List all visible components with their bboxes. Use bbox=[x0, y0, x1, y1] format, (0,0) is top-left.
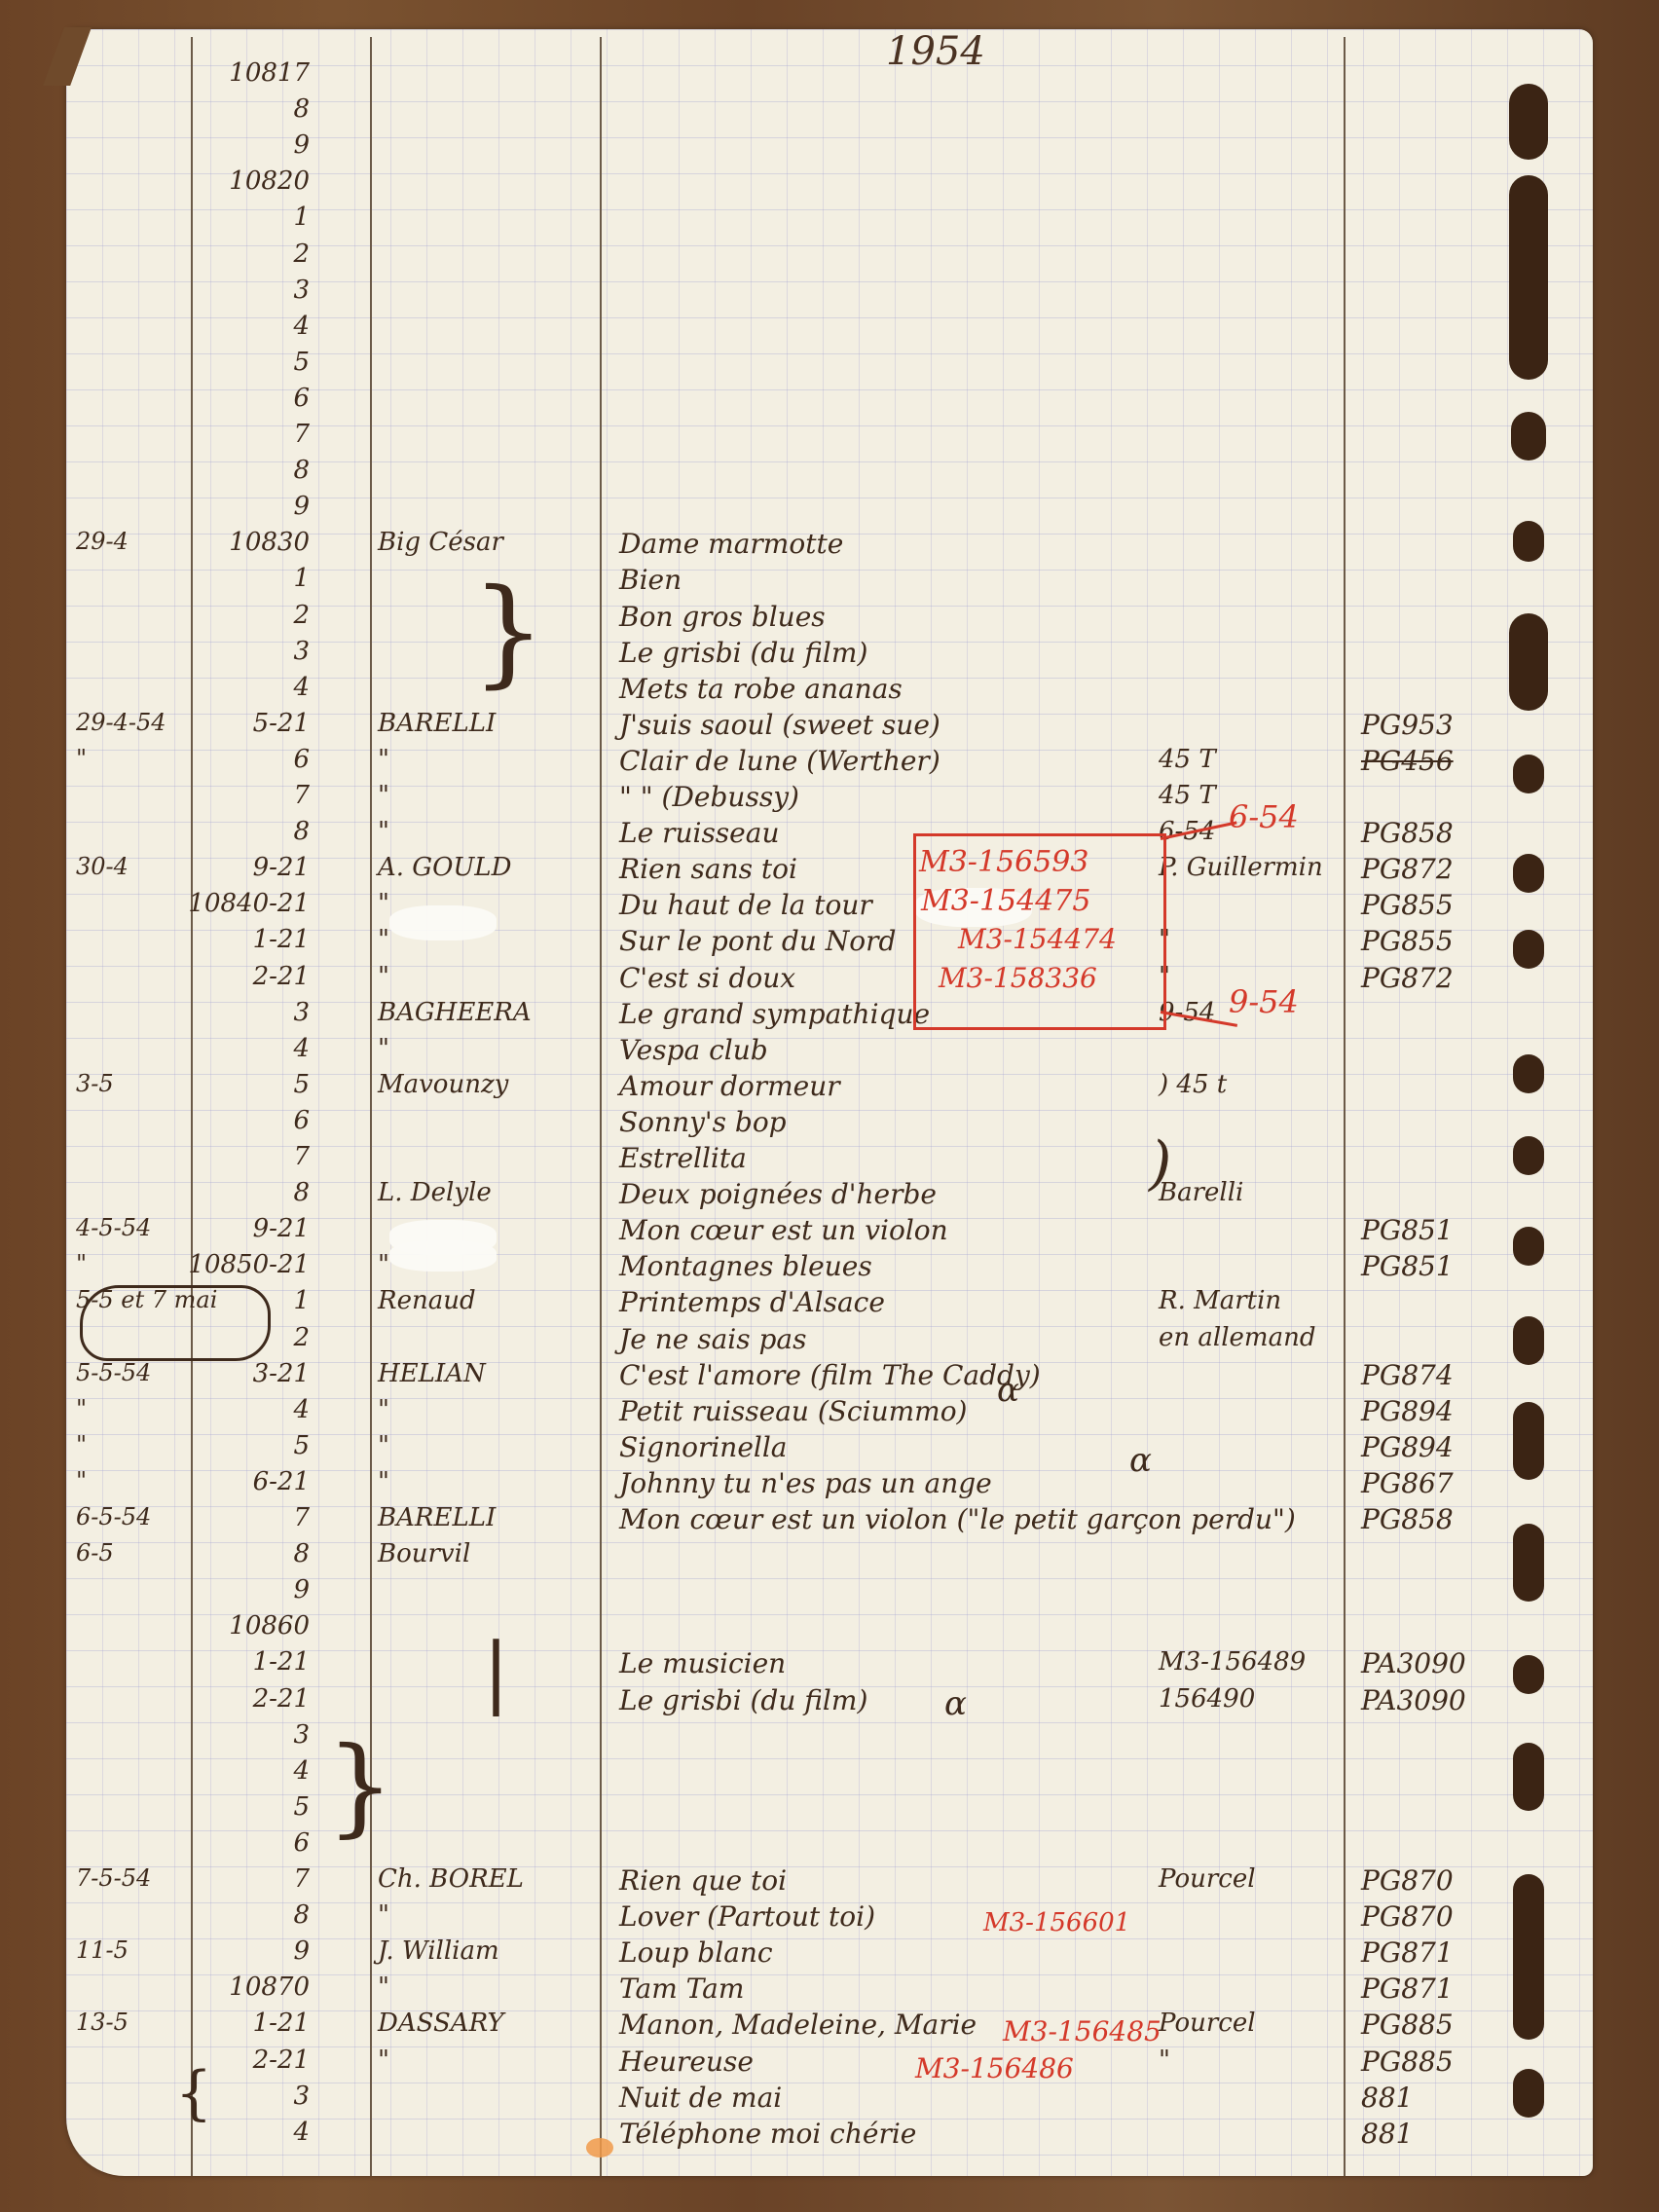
red-code: M3-156485 bbox=[1003, 2015, 1161, 2047]
ledger-title: Je ne sais pas bbox=[619, 1323, 806, 1355]
ledger-title: Mon cœur est un violon ("le petit garçon… bbox=[619, 1503, 1296, 1535]
ledger-catalog: PG894 bbox=[1361, 1431, 1454, 1463]
ledger-date: 5-5-54 bbox=[76, 1359, 151, 1386]
binder-hole bbox=[1513, 755, 1544, 793]
ledger-catalog: PG874 bbox=[1361, 1359, 1454, 1391]
ledger-title: Amour dormeur bbox=[619, 1070, 840, 1102]
ledger-number: 9 bbox=[293, 1575, 310, 1604]
ledger-number: 2 bbox=[293, 1323, 310, 1352]
ledger-date: 6-5-54 bbox=[76, 1503, 151, 1530]
ledger-title: Heureuse bbox=[619, 2046, 754, 2078]
ledger-number: 8 bbox=[293, 1539, 310, 1568]
binder-hole bbox=[1513, 1054, 1544, 1093]
ledger-title: Bon gros blues bbox=[619, 601, 826, 633]
ledger-catalog: PA3090 bbox=[1361, 1647, 1466, 1679]
ledger-title: Loup blanc bbox=[619, 1936, 773, 1969]
ledger-number: 1-21 bbox=[253, 2009, 310, 2038]
ledger-number: 10850-21 bbox=[188, 1250, 310, 1279]
ledger-title: Deux poignées d'herbe bbox=[619, 1178, 937, 1210]
ledger-catalog: PA3090 bbox=[1361, 1684, 1466, 1716]
ledger-artist: Ch. BOREL bbox=[378, 1864, 524, 1894]
ledger-catalog: PG885 bbox=[1361, 2046, 1454, 2078]
ledger-artist: Bourvil bbox=[378, 1539, 470, 1568]
ledger-number: 6 bbox=[293, 1828, 310, 1858]
ledger-date: " bbox=[76, 1395, 87, 1422]
ledger-number: 9 bbox=[293, 492, 310, 521]
ledger-number: 6 bbox=[293, 384, 310, 413]
ledger-artist: L. Delyle bbox=[378, 1178, 492, 1207]
binder-hole bbox=[1513, 854, 1544, 893]
ledger-artist: " bbox=[378, 2046, 389, 2075]
ledger-artist: BAGHEERA bbox=[378, 998, 532, 1027]
ledger-number: 7 bbox=[293, 1864, 310, 1894]
ledger-number: 5 bbox=[293, 348, 310, 377]
ledger-artist: " bbox=[378, 817, 389, 846]
ledger-number: 10830 bbox=[229, 528, 310, 557]
ledger-catalog: PG870 bbox=[1361, 1864, 1454, 1897]
ledger-note: Pourcel bbox=[1159, 1864, 1256, 1894]
ledger-note: 156490 bbox=[1159, 1684, 1255, 1714]
ledger-number: 3 bbox=[293, 637, 310, 666]
ledger-date: 30-4 bbox=[76, 853, 129, 880]
ledger-number: 6 bbox=[293, 745, 310, 774]
red-code: M3-156486 bbox=[915, 2052, 1074, 2084]
ledger-number: 10820 bbox=[229, 166, 310, 196]
ledger-title: Sur le pont du Nord bbox=[619, 925, 896, 957]
ledger-catalog: PG953 bbox=[1361, 709, 1454, 741]
ledger-title: C'est l'amore (film The Caddy) bbox=[619, 1359, 1041, 1391]
binder-hole bbox=[1513, 1136, 1544, 1175]
column-divider-notes bbox=[1344, 37, 1346, 2176]
ledger-title: Le ruisseau bbox=[619, 817, 779, 849]
correction-fluid bbox=[389, 1240, 497, 1272]
ledger-number: 1 bbox=[293, 564, 310, 593]
ledger-number: 1-21 bbox=[253, 1647, 310, 1677]
ledger-artist: " bbox=[378, 1900, 389, 1930]
ledger-number: 5 bbox=[293, 1792, 310, 1822]
ledger-number: 4 bbox=[293, 312, 310, 341]
ledger-title: Du haut de la tour bbox=[619, 889, 872, 921]
alpha-mark: α bbox=[1129, 1441, 1152, 1480]
ledger-date: " bbox=[76, 745, 87, 772]
ledger-artist: " bbox=[378, 1972, 389, 2002]
ledger-title: Sonny's bop bbox=[619, 1106, 787, 1138]
ledger-title: Manon, Madeleine, Marie bbox=[619, 2009, 977, 2041]
ledger-catalog: 881 bbox=[1361, 2082, 1413, 2114]
ledger-title: Clair de lune (Werther) bbox=[619, 745, 940, 777]
ledger-number: 3 bbox=[293, 2082, 310, 2111]
brace-mark: } bbox=[326, 1723, 394, 1848]
ledger-title: Mon cœur est un violon bbox=[619, 1214, 948, 1246]
ledger-title: J'suis saoul (sweet sue) bbox=[619, 709, 940, 741]
ledger-date: 11-5 bbox=[76, 1936, 129, 1964]
ledger-artist: DASSARY bbox=[378, 2009, 504, 2038]
ledger-number: 1 bbox=[293, 203, 310, 232]
ledger-number: 8 bbox=[293, 456, 310, 485]
ledger-artist: " bbox=[378, 962, 389, 991]
column-divider-date bbox=[191, 37, 193, 2176]
binder-hole bbox=[1509, 175, 1548, 380]
ledger-title: Montagnes bleues bbox=[619, 1250, 872, 1282]
ledger-note: en allemand bbox=[1159, 1323, 1315, 1352]
vertical-stroke: | bbox=[483, 1626, 509, 1716]
red-date: 6-54 bbox=[1229, 798, 1299, 835]
ledger-catalog: PG871 bbox=[1361, 1972, 1454, 2005]
ledger-catalog: 881 bbox=[1361, 2118, 1413, 2150]
alpha-mark: α bbox=[944, 1684, 967, 1723]
ledger-catalog: PG851 bbox=[1361, 1250, 1454, 1282]
ledger-catalog: PG894 bbox=[1361, 1395, 1454, 1427]
ledger-date: 6-5 bbox=[76, 1539, 114, 1567]
binder-hole bbox=[1513, 2069, 1544, 2118]
ledger-artist: " bbox=[378, 745, 389, 774]
ledger-date: " bbox=[76, 1467, 87, 1494]
ledger-artist: " bbox=[378, 1431, 389, 1460]
ledger-number: 7 bbox=[293, 781, 310, 810]
binder-hole bbox=[1509, 84, 1548, 160]
red-code: M3-158336 bbox=[939, 962, 1097, 994]
ledger-note: ) 45 t bbox=[1159, 1070, 1227, 1099]
bracket-mark: ) bbox=[1149, 1129, 1171, 1198]
ledger-catalog: PG456 bbox=[1361, 745, 1454, 777]
ledger-artist: BARELLI bbox=[378, 709, 496, 738]
column-divider-artist bbox=[600, 37, 602, 2176]
ledger-note: " bbox=[1159, 2046, 1170, 2075]
ledger-title: Téléphone moi chérie bbox=[619, 2118, 916, 2150]
ledger-title: Estrellita bbox=[619, 1142, 747, 1174]
ledger-number: 3-21 bbox=[253, 1359, 310, 1388]
ledger-number: 10840-21 bbox=[188, 889, 310, 918]
ledger-note: 45 T bbox=[1159, 745, 1216, 774]
ledger-number: 5 bbox=[293, 1070, 310, 1099]
binder-hole bbox=[1513, 1874, 1544, 2040]
circled-date bbox=[80, 1285, 271, 1361]
ledger-catalog: PG855 bbox=[1361, 889, 1454, 921]
ledger-number: 4 bbox=[293, 2118, 310, 2147]
ledger-number: 7 bbox=[293, 1503, 310, 1532]
ledger-catalog: PG885 bbox=[1361, 2009, 1454, 2041]
ledger-date: 29-4-54 bbox=[76, 709, 166, 736]
ledger-number: 3 bbox=[293, 1720, 310, 1750]
ledger-number: 2 bbox=[293, 601, 310, 630]
binder-hole bbox=[1513, 1227, 1544, 1266]
ledger-artist: Mavounzy bbox=[378, 1070, 508, 1099]
ledger-artist: A. GOULD bbox=[378, 853, 511, 882]
ledger-artist: Big César bbox=[378, 528, 503, 557]
ledger-title: Petit ruisseau (Sciummo) bbox=[619, 1395, 967, 1427]
ledger-date: 13-5 bbox=[76, 2009, 129, 2036]
ledger-number: 7 bbox=[293, 420, 310, 449]
ledger-title: Lover (Partout toi) bbox=[619, 1900, 875, 1933]
ledger-number: 2-21 bbox=[253, 2046, 310, 2075]
ledger-number: 3 bbox=[293, 276, 310, 305]
ledger-title: Dame marmotte bbox=[619, 528, 843, 560]
binder-hole bbox=[1509, 613, 1548, 711]
ledger-date: 7-5-54 bbox=[76, 1864, 151, 1892]
ledger-title: Johnny tu n'es pas un ange bbox=[619, 1467, 992, 1499]
ledger-note: P. Guillermin bbox=[1159, 853, 1323, 882]
ledger-number: 8 bbox=[293, 94, 310, 124]
ledger-number: 4 bbox=[293, 1034, 310, 1063]
correction-fluid bbox=[389, 905, 497, 940]
binder-hole bbox=[1513, 1524, 1544, 1602]
ledger-number: 6 bbox=[293, 1106, 310, 1135]
ledger-catalog: PG872 bbox=[1361, 962, 1454, 994]
ledger-title: " " (Debussy) bbox=[619, 781, 799, 813]
red-code: M3-154475 bbox=[921, 884, 1090, 918]
ledger-note: M3-156489 bbox=[1159, 1647, 1306, 1677]
ledger-artist: J. William bbox=[378, 1936, 499, 1966]
column-divider-number bbox=[370, 37, 372, 2176]
ledger-number: 9 bbox=[293, 1936, 310, 1966]
red-date: 9-54 bbox=[1229, 983, 1299, 1020]
ledger-number: 8 bbox=[293, 1178, 310, 1207]
ledger-number: 10860 bbox=[229, 1611, 310, 1641]
ledger-number: 5 bbox=[293, 1431, 310, 1460]
ledger-number: 2 bbox=[293, 240, 310, 269]
brace-mark: { bbox=[175, 2059, 212, 2127]
ledger-number: 10817 bbox=[229, 58, 310, 88]
ledger-note: Pourcel bbox=[1159, 2009, 1256, 2038]
ledger-title: Le musicien bbox=[619, 1647, 786, 1679]
ledger-title: Le grisbi (du film) bbox=[619, 1684, 867, 1716]
ledger-artist: " bbox=[378, 1395, 389, 1424]
ledger-number: 1-21 bbox=[253, 925, 310, 954]
ledger-number: 9-21 bbox=[253, 1214, 310, 1243]
ledger-artist: Renaud bbox=[378, 1286, 476, 1315]
ledger-artist: " bbox=[378, 889, 389, 918]
ledger-date: " bbox=[76, 1250, 87, 1277]
ledger-title: Rien que toi bbox=[619, 1864, 787, 1897]
ledger-number: 5-21 bbox=[253, 709, 310, 738]
ledger-title: Bien bbox=[619, 564, 682, 596]
ledger-artist: HELIAN bbox=[378, 1359, 486, 1388]
ledger-artist: BARELLI bbox=[378, 1503, 496, 1532]
ledger-number: 9 bbox=[293, 130, 310, 160]
ledger-artist: " bbox=[378, 925, 389, 954]
ledger-title: Printemps d'Alsace bbox=[619, 1286, 885, 1318]
ledger-number: 4 bbox=[293, 1756, 310, 1786]
ledger-artist: " bbox=[378, 1250, 389, 1279]
ledger-catalog: PG871 bbox=[1361, 1936, 1454, 1969]
ledger-number: 4 bbox=[293, 1395, 310, 1424]
ledger-title: Signorinella bbox=[619, 1431, 788, 1463]
ledger-catalog: PG858 bbox=[1361, 1503, 1454, 1535]
ledger-title: Tam Tam bbox=[619, 1972, 744, 2005]
ledger-title: Le grand sympathique bbox=[619, 998, 930, 1030]
binder-hole bbox=[1513, 930, 1544, 969]
binder-hole bbox=[1513, 521, 1544, 562]
ledger-artist: " bbox=[378, 1034, 389, 1063]
ledger-artist: " bbox=[378, 781, 389, 810]
ledger-number: 1 bbox=[293, 1286, 310, 1315]
ledger-title: Nuit de mai bbox=[619, 2082, 782, 2114]
ledger-number: 8 bbox=[293, 817, 310, 846]
ledger-number: 2-21 bbox=[253, 962, 310, 991]
ledger-number: 9-21 bbox=[253, 853, 310, 882]
red-code: M3-156601 bbox=[983, 1908, 1130, 1937]
ledger-catalog: PG858 bbox=[1361, 817, 1454, 849]
ledger-date: " bbox=[76, 1431, 87, 1458]
ledger-catalog: PG872 bbox=[1361, 853, 1454, 885]
ledger-number: 2-21 bbox=[253, 1684, 310, 1714]
orange-stain bbox=[586, 2138, 613, 2157]
ledger-date: 29-4 bbox=[76, 528, 129, 555]
year-heading: 1954 bbox=[886, 29, 985, 74]
ledger-note: R. Martin bbox=[1159, 1286, 1281, 1315]
ledger-catalog: PG870 bbox=[1361, 1900, 1454, 1933]
ledger-artist: " bbox=[378, 1467, 389, 1496]
ledger-title: C'est si doux bbox=[619, 962, 795, 994]
binder-hole bbox=[1513, 1655, 1544, 1694]
ledger-date: 4-5-54 bbox=[76, 1214, 151, 1241]
ledger-title: Le grisbi (du film) bbox=[619, 637, 867, 669]
alpha-mark: α bbox=[997, 1371, 1019, 1410]
ledger-number: 10870 bbox=[229, 1972, 310, 2002]
binder-hole bbox=[1513, 1316, 1544, 1365]
red-code: M3-156593 bbox=[919, 845, 1088, 879]
ledger-catalog: PG855 bbox=[1361, 925, 1454, 957]
red-code: M3-154474 bbox=[958, 923, 1117, 955]
ledger-date: 3-5 bbox=[76, 1070, 114, 1097]
ledger-catalog: PG851 bbox=[1361, 1214, 1454, 1246]
ledger-title: Mets ta robe ananas bbox=[619, 673, 903, 705]
ledger-number: 3 bbox=[293, 998, 310, 1027]
ledger-number: 8 bbox=[293, 1900, 310, 1930]
ledger-number: 4 bbox=[293, 673, 310, 702]
ledger-title: Rien sans toi bbox=[619, 853, 797, 885]
binder-hole bbox=[1513, 1402, 1544, 1480]
ledger-title: Vespa club bbox=[619, 1034, 768, 1066]
binder-hole bbox=[1511, 412, 1546, 461]
brace-mark: } bbox=[471, 565, 545, 700]
ledger-note: 45 T bbox=[1159, 781, 1216, 810]
binder-hole bbox=[1513, 1743, 1544, 1811]
ledger-number: 7 bbox=[293, 1142, 310, 1171]
ledger-catalog: PG867 bbox=[1361, 1467, 1454, 1499]
ledger-number: 6-21 bbox=[253, 1467, 310, 1496]
